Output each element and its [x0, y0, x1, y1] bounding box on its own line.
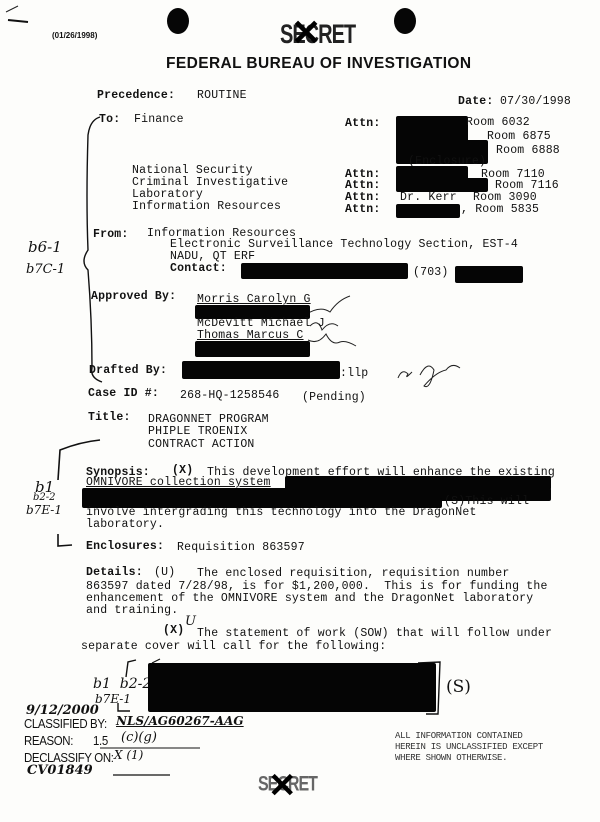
form-code: (01/26/1998): [52, 31, 97, 40]
from-label: From:: [93, 229, 129, 241]
room-number: , Room 5835: [461, 204, 539, 216]
enclosures-value: Requisition 863597: [177, 542, 305, 554]
title-line: CONTRACT ACTION: [148, 439, 255, 451]
details-marking: (U): [154, 567, 175, 579]
attn-label: Attn:: [345, 118, 381, 130]
cross-out-x-icon: ✕: [268, 766, 297, 806]
classified-by-label: CLASSIFIED BY:: [24, 716, 107, 731]
margin-note-exemption: b7E-1: [26, 503, 62, 517]
cross-out-x-icon: ✕: [291, 12, 321, 54]
precedence-value: ROUTINE: [197, 90, 247, 102]
reason-label: REASON:: [24, 733, 73, 748]
date-label: Date:: [458, 96, 494, 108]
drafted-by-suffix: :llp: [340, 368, 368, 380]
unclassified-stamp-line: ALL INFORMATION CONTAINED: [395, 731, 523, 742]
room-number: Room 6032: [466, 117, 530, 129]
redaction-block: [241, 263, 408, 279]
redaction-block: [396, 204, 460, 218]
redaction-block: [182, 361, 340, 379]
to-office: Information Resources: [132, 201, 281, 213]
reason-handwritten: (c)(g): [121, 730, 157, 745]
classification-stamp-bottom: SECRET ✕: [256, 770, 322, 808]
margin-note-exemption: b7E-1: [95, 692, 131, 706]
enclosures-label: Enclosures:: [86, 541, 164, 553]
classification-code: CV01849: [27, 763, 93, 778]
reason-value: 1.5: [93, 733, 108, 748]
title-label: Title:: [88, 412, 131, 424]
redaction-block: [148, 663, 436, 712]
punch-hole-right: [394, 8, 416, 34]
sow-text: The statement of work (SOW) that will fo…: [197, 628, 552, 640]
title-line: PHIPLE TROENIX: [148, 426, 247, 438]
case-id-value: 268-HQ-1258546: [180, 390, 279, 402]
sow-redaction-marking: (S): [446, 677, 471, 697]
redaction-block: [455, 266, 523, 283]
synopsis-text: laboratory.: [86, 519, 164, 531]
agency-name: FEDERAL BUREAU OF INVESTIGATION: [166, 55, 471, 73]
date-value: 07/30/1998: [500, 96, 571, 108]
margin-note-exemption: b6-1: [28, 238, 62, 256]
approved-by-label: Approved By:: [91, 291, 176, 303]
sow-marking: (X): [163, 625, 184, 637]
sow-text: separate cover will call for the followi…: [81, 641, 386, 653]
redaction-block: [195, 341, 310, 357]
classification-stamp-top: SECRET ✕: [278, 16, 338, 52]
margin-note-exemption: b7C-1: [26, 262, 65, 277]
room-number: Room 6875: [487, 131, 551, 143]
to-label: To:: [99, 114, 120, 126]
margin-note-exemption: b2-2: [33, 492, 56, 503]
details-label: Details:: [86, 567, 143, 579]
precedence-label: Precedence:: [97, 90, 175, 102]
room-number: Room 6888: [496, 145, 560, 157]
case-id-label: Case ID #:: [88, 388, 159, 400]
margin-note-exemption: b1 b2-2: [93, 676, 151, 692]
unclassified-stamp-line: HEREIN IS UNCLASSIFIED EXCEPT: [395, 742, 543, 753]
punch-hole-left: [167, 8, 189, 34]
redaction-block: [396, 178, 488, 192]
contact-label: Contact:: [170, 263, 227, 275]
sow-handwritten-marking: U: [185, 614, 196, 629]
attn-label: Attn:: [345, 204, 381, 216]
contact-area-code: (703): [413, 267, 449, 279]
details-text: The enclosed requisition, requisition nu…: [197, 568, 509, 580]
details-text: and training.: [86, 605, 178, 617]
declassify-value: X (1): [114, 748, 143, 762]
to-office-finance: Finance: [134, 114, 184, 126]
drafted-by-label: Drafted By:: [89, 365, 167, 377]
attn-person: Dr. Kerr: [400, 192, 457, 204]
classified-by-value: NLS/AG60267-AAG: [116, 714, 244, 728]
unclassified-stamp-line: WHERE SHOWN OTHERWISE.: [395, 753, 507, 764]
case-id-status: (Pending): [302, 392, 366, 404]
